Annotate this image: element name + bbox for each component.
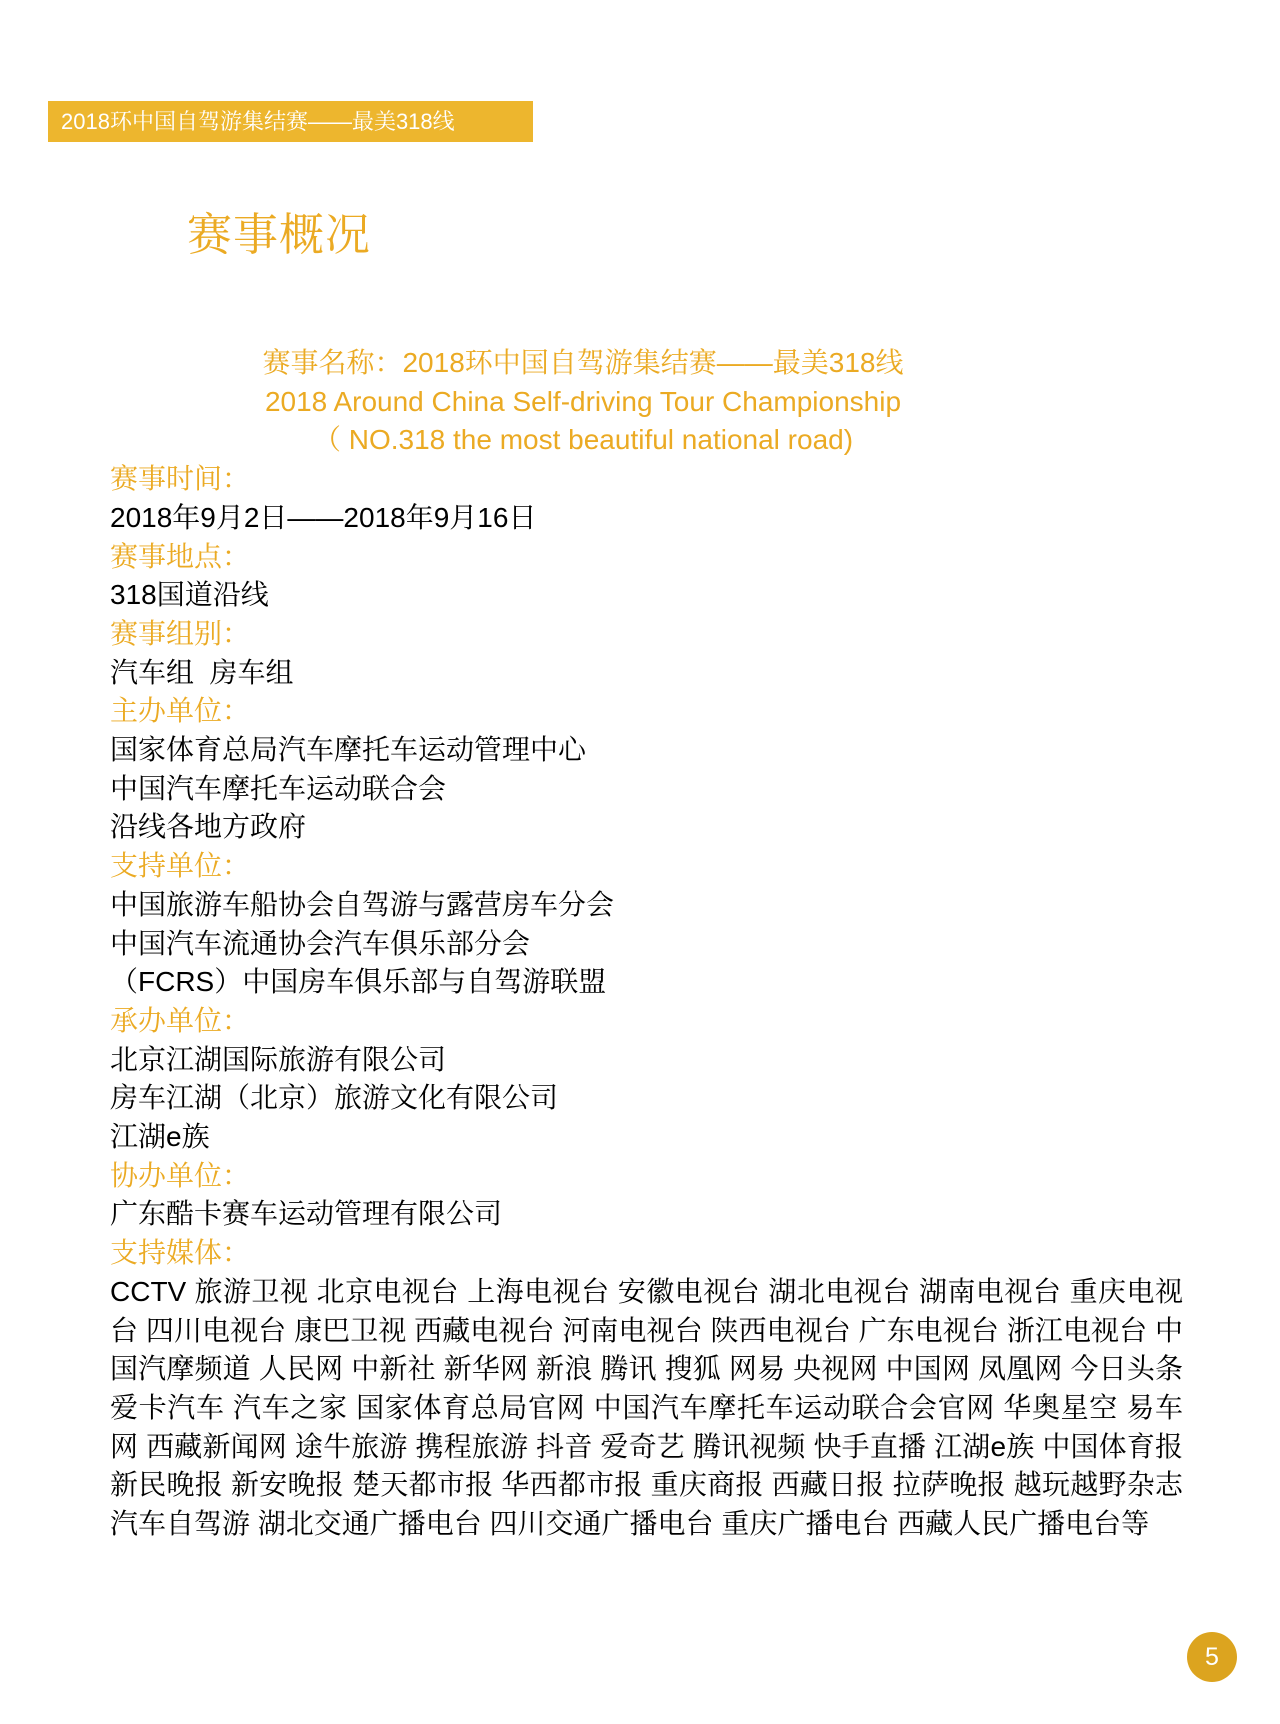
section-value-line: 2018年9月2日——2018年9月16日 <box>110 499 1183 538</box>
section-value-line: 中国汽车摩托车运动联合会 <box>110 770 1183 809</box>
header-banner: 2018环中国自驾游集结赛——最美318线 <box>48 101 533 142</box>
section-value-line: 江湖e族 <box>110 1118 1183 1157</box>
event-name-block: 赛事名称：2018环中国自驾游集结赛——最美318线 2018 Around C… <box>110 344 1056 460</box>
section-value-line: CCTV 旅游卫视 北京电视台 上海电视台 安徽电视台 湖北电视台 湖南电视台 … <box>110 1273 1183 1544</box>
section-value-line: 国家体育总局汽车摩托车运动管理中心 <box>110 731 1183 770</box>
page-number-badge: 5 <box>1187 1632 1237 1682</box>
section-value-line: 房车江湖（北京）旅游文化有限公司 <box>110 1079 1183 1118</box>
section-label: 支持媒体： <box>110 1234 1183 1273</box>
section-label: 协办单位： <box>110 1157 1183 1196</box>
section-label: 赛事地点： <box>110 538 1183 577</box>
section-label: 支持单位： <box>110 847 1183 886</box>
page-number: 5 <box>1205 1643 1219 1672</box>
event-name-line-cn: 赛事名称：2018环中国自驾游集结赛——最美318线 <box>110 344 1056 383</box>
section-label: 赛事时间： <box>110 460 1183 499</box>
section-value-line: （FCRS）中国房车俱乐部与自驾游联盟 <box>110 963 1183 1002</box>
event-name-line-sub: （ NO.318 the most beautiful national roa… <box>110 421 1056 460</box>
section-value-line: 广东酷卡赛车运动管理有限公司 <box>110 1195 1183 1234</box>
section-label: 承办单位： <box>110 1002 1183 1041</box>
section-value-line: 北京江湖国际旅游有限公司 <box>110 1041 1183 1080</box>
info-sections: 赛事时间：2018年9月2日——2018年9月16日赛事地点：318国道沿线赛事… <box>110 460 1183 1544</box>
section-label: 主办单位： <box>110 692 1183 731</box>
section-value-line: 沿线各地方政府 <box>110 808 1183 847</box>
page-title: 赛事概况 <box>187 198 371 263</box>
document-page: 2018环中国自驾游集结赛——最美318线 赛事概况 赛事名称：2018环中国自… <box>0 0 1280 1724</box>
section-value-line: 汽车组 房车组 <box>110 654 1183 693</box>
section-value-line: 318国道沿线 <box>110 576 1183 615</box>
content-area: 赛事名称：2018环中国自驾游集结赛——最美318线 2018 Around C… <box>110 344 1183 1544</box>
header-banner-text: 2018环中国自驾游集结赛——最美318线 <box>61 109 455 134</box>
event-name-line-en: 2018 Around China Self-driving Tour Cham… <box>110 383 1056 422</box>
section-value-line: 中国旅游车船协会自驾游与露营房车分会 <box>110 886 1183 925</box>
section-label: 赛事组别： <box>110 615 1183 654</box>
section-value-line: 中国汽车流通协会汽车俱乐部分会 <box>110 925 1183 964</box>
